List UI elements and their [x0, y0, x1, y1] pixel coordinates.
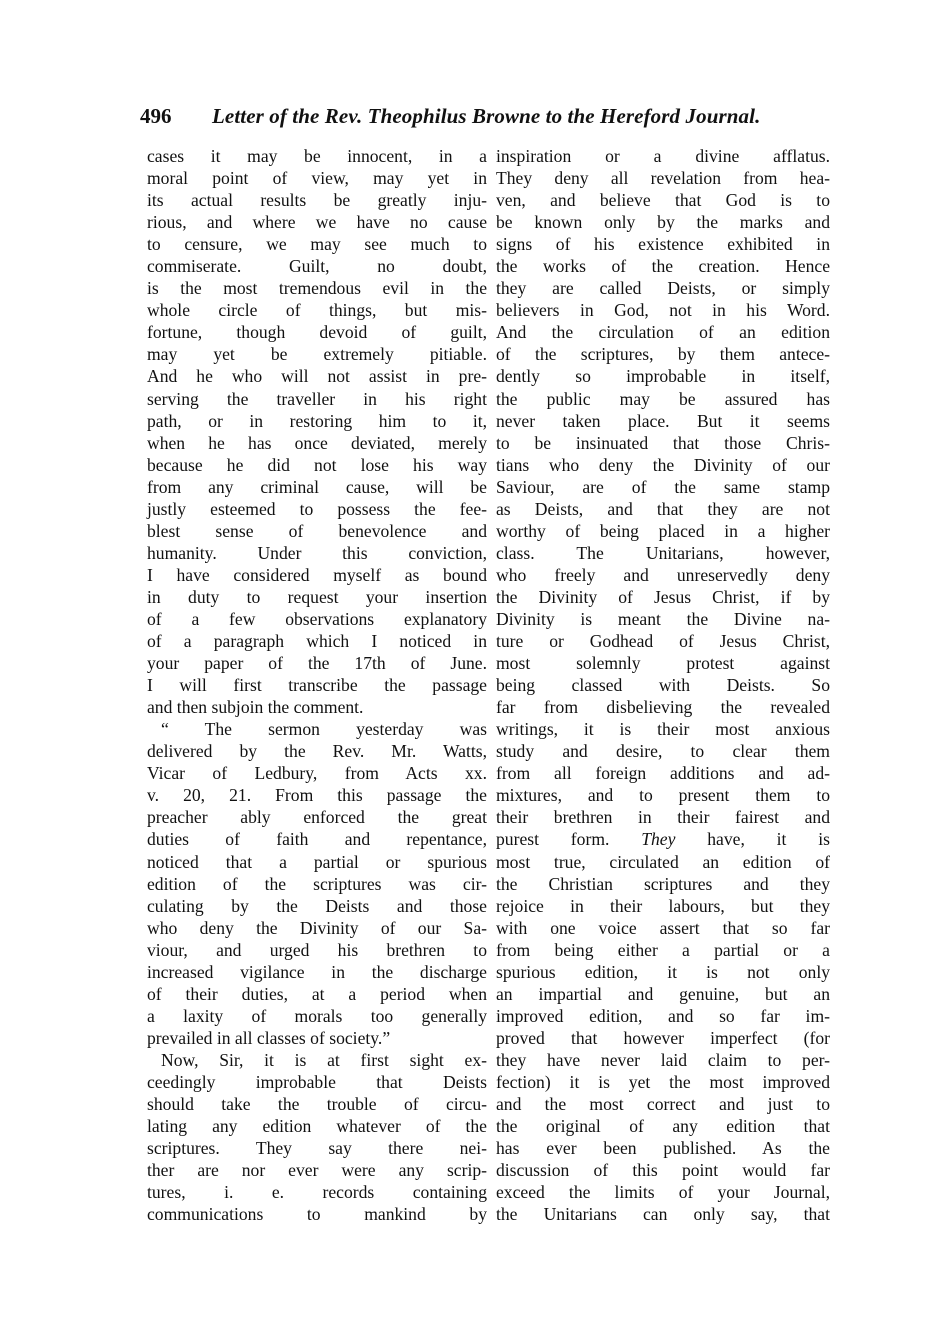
- text-line: far from disbelieving the revealed: [496, 696, 830, 718]
- text-line: of a few observations explanatory: [147, 608, 487, 630]
- text-line: writings, it is their most anxious: [496, 718, 830, 740]
- text-line: worthy of being placed in a higher: [496, 520, 830, 542]
- text-line: rejoice in their labours, but they: [496, 895, 830, 917]
- text-line: to be insinuated that those Chris-: [496, 432, 830, 454]
- text-line: your paper of the 17th of June.: [147, 652, 487, 674]
- text-line: believers in God, not in his Word.: [496, 299, 830, 321]
- text-line: Saviour, are of the same stamp: [496, 476, 830, 498]
- text-line: has ever been published. As the: [496, 1137, 830, 1159]
- text-line: “ The sermon yesterday was: [147, 718, 487, 740]
- text-line: culating by the Deists and those: [147, 895, 487, 917]
- text-line: be known only by the marks and: [496, 211, 830, 233]
- text-column-left: cases it may be innocent, in amoral poin…: [147, 145, 487, 1225]
- text-line: I have considered myself as bound: [147, 564, 487, 586]
- text-line: its actual results be greatly inju-: [147, 189, 487, 211]
- text-line: class. The Unitarians, however,: [496, 542, 830, 564]
- text-line: humanity. Under this conviction,: [147, 542, 487, 564]
- text-line: being classed with Deists. So: [496, 674, 830, 696]
- running-header: 496 Letter of the Rev. Theophilus Browne…: [140, 104, 840, 134]
- text-line: dently so improbable in itself,: [496, 365, 830, 387]
- text-line: fection) it is yet the most improved: [496, 1071, 830, 1093]
- text-line: the public may be assured has: [496, 388, 830, 410]
- page-number: 496: [140, 104, 172, 129]
- text-line: commiserate. Guilt, no doubt,: [147, 255, 487, 277]
- text-line: increased vigilance in the discharge: [147, 961, 487, 983]
- text-line: the Divinity of Jesus Christ, if by: [496, 586, 830, 608]
- text-column-right: inspiration or a divine afflatus.They de…: [496, 145, 830, 1225]
- text-line: to censure, we may see much to: [147, 233, 487, 255]
- text-line: Now, Sir, it is at first sight ex-: [147, 1049, 487, 1071]
- text-line: is the most tremendous evil in the: [147, 277, 487, 299]
- text-line: duties of faith and repentance,: [147, 828, 487, 850]
- text-line: And he who will not assist in pre-: [147, 365, 487, 387]
- text-line: a laxity of morals too generally: [147, 1005, 487, 1027]
- text-line: and then subjoin the comment.: [147, 696, 487, 718]
- text-line: preacher ably enforced the great: [147, 806, 487, 828]
- text-line: And the circulation of an edition: [496, 321, 830, 343]
- text-line: of their duties, at a period when: [147, 983, 487, 1005]
- text-line: scriptures. They say there nei-: [147, 1137, 487, 1159]
- text-line: Vicar of Ledbury, from Acts xx.: [147, 762, 487, 784]
- text-line: discussion of this point would far: [496, 1159, 830, 1181]
- text-line: the Unitarians can only say, that: [496, 1203, 830, 1225]
- text-line: and the most correct and just to: [496, 1093, 830, 1115]
- text-line: serving the traveller in his right: [147, 388, 487, 410]
- text-line: ceedingly improbable that Deists: [147, 1071, 487, 1093]
- text-line: prevailed in all classes of society.”: [147, 1027, 487, 1049]
- text-line: mixtures, and to present them to: [496, 784, 830, 806]
- text-line: ther are nor ever were any scrip-: [147, 1159, 487, 1181]
- text-line: from all foreign additions and ad-: [496, 762, 830, 784]
- text-line: they are called Deists, or simply: [496, 277, 830, 299]
- text-line: signs of his existence exhibited in: [496, 233, 830, 255]
- text-line: edition of the scriptures was cir-: [147, 873, 487, 895]
- text-line: noticed that a partial or spurious: [147, 851, 487, 873]
- text-line: They deny all revelation from hea-: [496, 167, 830, 189]
- text-line: moral point of view, may yet in: [147, 167, 487, 189]
- text-line: should take the trouble of circu-: [147, 1093, 487, 1115]
- text-line: improved edition, and so far im-: [496, 1005, 830, 1027]
- text-line: who freely and unreservedly deny: [496, 564, 830, 586]
- text-line: purest form. They have, it is: [496, 828, 830, 850]
- running-title: Letter of the Rev. Theophilus Browne to …: [212, 104, 760, 129]
- text-line: most solemnly protest against: [496, 652, 830, 674]
- text-line: as Deists, and that they are not: [496, 498, 830, 520]
- text-line: ven, and believe that God is to: [496, 189, 830, 211]
- text-line: fortune, though devoid of guilt,: [147, 321, 487, 343]
- text-line: proved that however imperfect (for: [496, 1027, 830, 1049]
- text-line: with one voice assert that so far: [496, 917, 830, 939]
- text-line: v. 20, 21. From this passage the: [147, 784, 487, 806]
- text-line: study and desire, to clear them: [496, 740, 830, 762]
- text-line: the original of any edition that: [496, 1115, 830, 1137]
- text-line: never taken place. But it seems: [496, 410, 830, 432]
- text-line: an impartial and genuine, but an: [496, 983, 830, 1005]
- text-line: most true, circulated an edition of: [496, 851, 830, 873]
- text-line: they have never laid claim to per-: [496, 1049, 830, 1071]
- text-line: of the scriptures, by them antece-: [496, 343, 830, 365]
- text-line: the Christian scriptures and they: [496, 873, 830, 895]
- text-line: when he has once deviated, merely: [147, 432, 487, 454]
- text-line: exceed the limits of your Journal,: [496, 1181, 830, 1203]
- text-line: spurious edition, it is not only: [496, 961, 830, 983]
- text-line: who deny the Divinity of our Sa-: [147, 917, 487, 939]
- text-line: I will first transcribe the passage: [147, 674, 487, 696]
- text-line: justly esteemed to possess the fee-: [147, 498, 487, 520]
- text-line: ture or Godhead of Jesus Christ,: [496, 630, 830, 652]
- text-line: their brethren in their fairest and: [496, 806, 830, 828]
- text-line: the works of the creation. Hence: [496, 255, 830, 277]
- text-line: tures, i. e. records containing: [147, 1181, 487, 1203]
- text-line: may yet be extremely pitiable.: [147, 343, 487, 365]
- text-line: because he did not lose his way: [147, 454, 487, 476]
- italic-emphasis: They: [641, 829, 675, 849]
- text-line: delivered by the Rev. Mr. Watts,: [147, 740, 487, 762]
- text-line: whole circle of things, but mis-: [147, 299, 487, 321]
- text-line: communications to mankind by: [147, 1203, 487, 1225]
- text-line: tians who deny the Divinity of our: [496, 454, 830, 476]
- text-line: from any criminal cause, will be: [147, 476, 487, 498]
- text-line: inspiration or a divine afflatus.: [496, 145, 830, 167]
- text-line: lating any edition whatever of the: [147, 1115, 487, 1137]
- text-line: rious, and where we have no cause: [147, 211, 487, 233]
- text-line: from being either a partial or a: [496, 939, 830, 961]
- text-line: viour, and urged his brethren to: [147, 939, 487, 961]
- text-line: Divinity is meant the Divine na-: [496, 608, 830, 630]
- text-line: cases it may be innocent, in a: [147, 145, 487, 167]
- text-line: of a paragraph which I noticed in: [147, 630, 487, 652]
- text-line: path, or in restoring him to it,: [147, 410, 487, 432]
- text-line: in duty to request your insertion: [147, 586, 487, 608]
- text-line: blest sense of benevolence and: [147, 520, 487, 542]
